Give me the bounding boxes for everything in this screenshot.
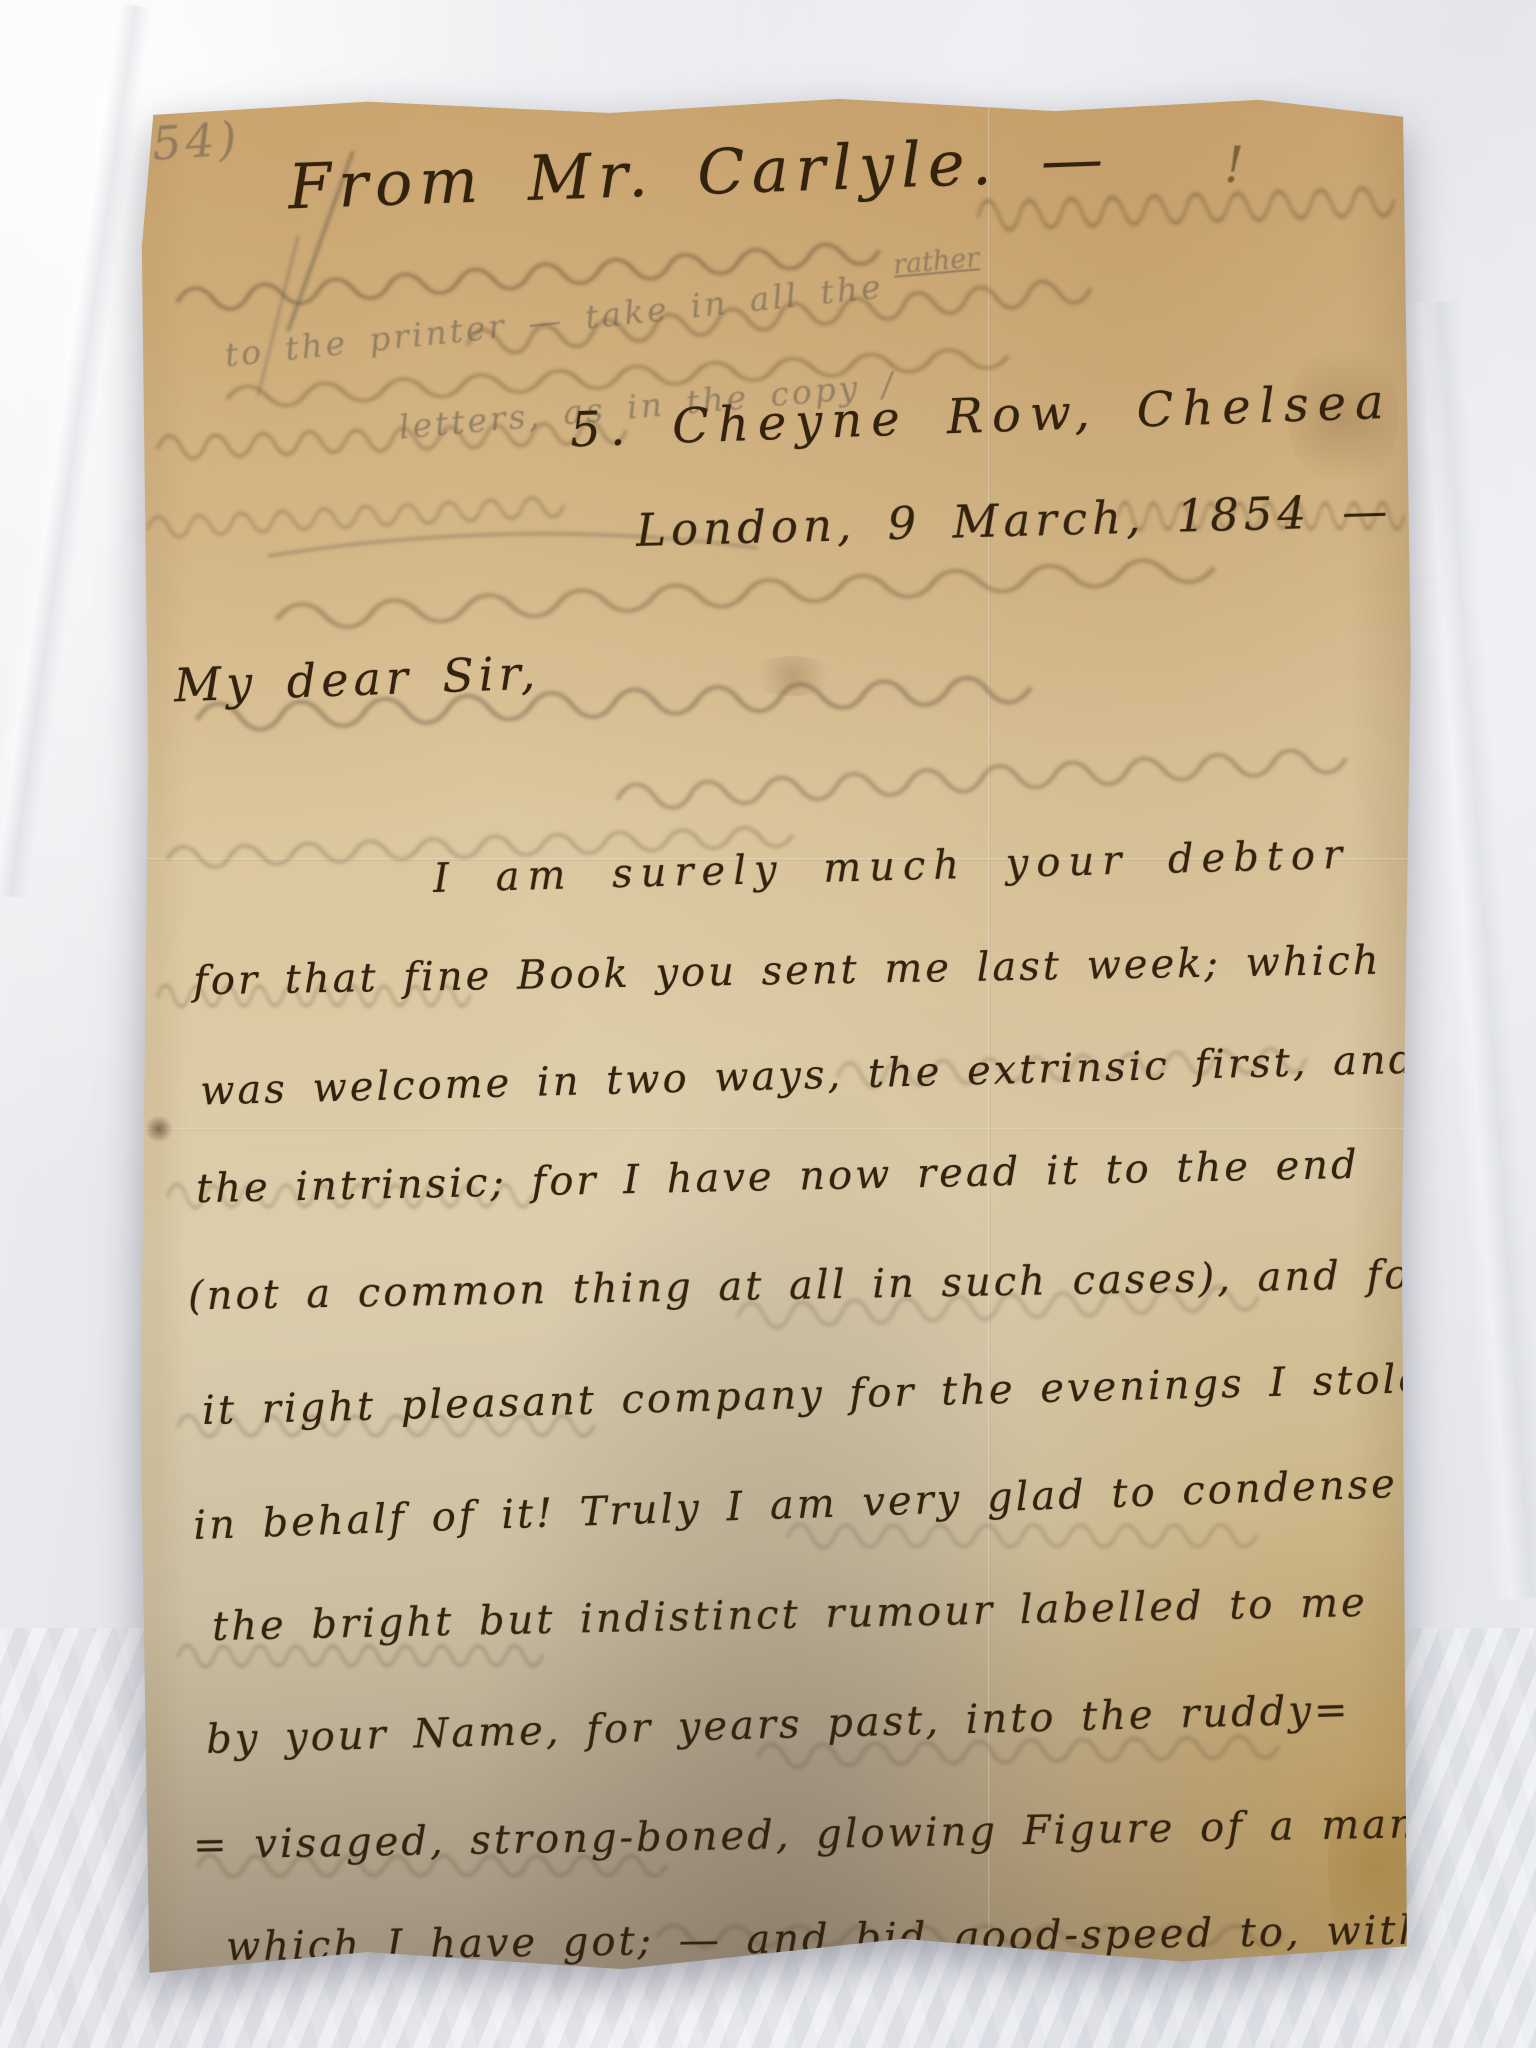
letter-paper: 54) From Mr. Carlyle. — ! rather to the … bbox=[138, 96, 1412, 1988]
tissue-fold bbox=[1401, 299, 1536, 1600]
ink-stain bbox=[144, 1116, 174, 1142]
photo-background: 54) From Mr. Carlyle. — ! rather to the … bbox=[0, 0, 1536, 2048]
page-number: 54) bbox=[150, 111, 242, 171]
tissue-fold bbox=[0, 1, 152, 899]
ink-stain bbox=[748, 656, 838, 696]
ghost-exclamation-mark: ! bbox=[1224, 136, 1244, 194]
